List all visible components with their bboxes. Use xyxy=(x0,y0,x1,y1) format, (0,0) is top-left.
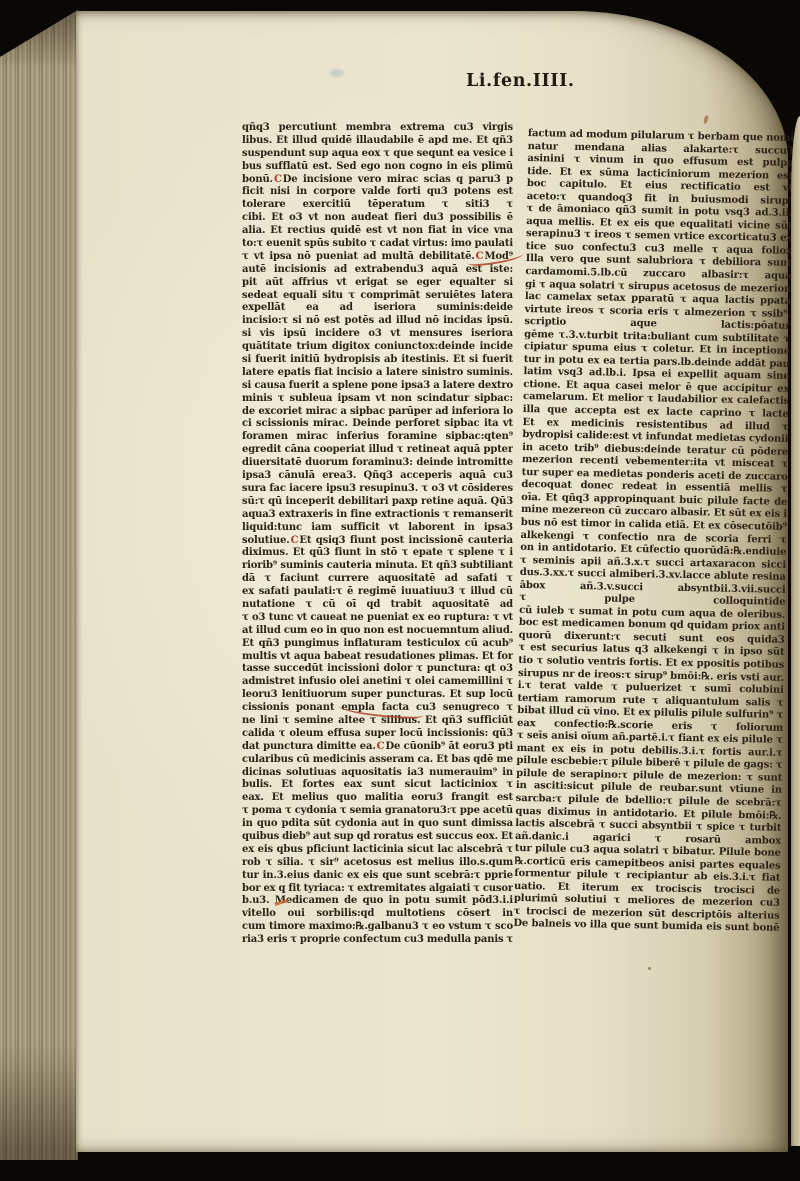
text-line: pit aūt affrius vt erigat se eger equalt… xyxy=(242,277,513,290)
text-line: liquid:tunc iam sufficit vt laborent in … xyxy=(242,522,513,535)
text-line: egredit cāna cooperiat illud τ retineat … xyxy=(242,444,513,457)
text-line: alia. Et rectius quidē est vt non fiat i… xyxy=(242,225,513,238)
foxing-spot xyxy=(703,115,709,125)
text-line: cibi. Et o3 vt non audeat fieri du3 poss… xyxy=(242,212,513,225)
text-line: cum timore maximo:℞.galbanu3 τ eo vstum … xyxy=(242,921,513,934)
text-line: latere epatis fiat incisio a latere sini… xyxy=(242,367,513,380)
text-line: si fuerit initiū bydropisis ab itestinis… xyxy=(242,354,513,367)
text-line: tur in.3.eius danic ex eis que sunt sceb… xyxy=(242,870,513,883)
book-page: Li.fen.IIII. qñq3 percutiunt membra extr… xyxy=(76,11,788,1152)
text-line: si vis ipsū incidere o3 vt mensures iser… xyxy=(242,328,513,341)
text-line: ria3 eris τ proprie confectum cu3 medull… xyxy=(242,934,513,947)
text-line: diximus. Et qū3 fiunt in stō τ epate τ s… xyxy=(242,547,513,560)
text-line: bor ex q fit tyriaca: τ extremitates alg… xyxy=(242,883,513,896)
text-line: bus sufflatū est. Sed ego non cogno in e… xyxy=(242,161,513,174)
running-title: Li.fen.IIII. xyxy=(466,71,636,91)
text-line: dicinas solutiuas aquositatis ia3 numera… xyxy=(242,767,513,780)
text-line: autē incisionis ad extrabendu3 aquā est … xyxy=(242,264,513,277)
text-line: sedeat equali situ τ comprimāt seruiētes… xyxy=(242,290,513,303)
text-line: bonū.CDe incisione vero mirac scias q pa… xyxy=(242,174,513,187)
text-column-right: factum ad modum pilularum τ berbam que n… xyxy=(513,128,794,936)
text-line: cularibus cū medicinis asseram ca. Et ba… xyxy=(242,754,513,767)
foxing-spot xyxy=(657,287,661,291)
text-line: sura fac iacere ipsu3 resupinu3. τ o3 vt… xyxy=(242,483,513,496)
text-line: dat punctura dimitte ea.CDe cūonib⁹ āt e… xyxy=(242,741,513,754)
text-line: suspendunt sup aqua eox τ que sequnt ea … xyxy=(242,148,513,161)
rubric-capitulum: C xyxy=(376,741,386,752)
text-line: τ poma τ cydonia τ semia granatoru3:τ pp… xyxy=(242,805,513,818)
text-line: eax. Et melius quo malitia eoru3 frangit… xyxy=(242,792,513,805)
text-line: admistret infusio olei anetini τ olei ca… xyxy=(242,676,513,689)
text-line: riorib⁹ suminis cauteria minuta. Et qñ3 … xyxy=(242,560,513,573)
text-line: diuersitatē duorum foraminu3: deinde int… xyxy=(242,457,513,470)
text-line: Et qñ3 pungimus inflaturam testiculox cū… xyxy=(242,638,513,651)
text-column-left: qñq3 percutiunt membra extrema cu3 virgi… xyxy=(242,122,513,947)
text-line: ipsa3 cānulā erea3. Qñq3 acceperis aquā … xyxy=(242,470,513,483)
text-line: solutiue.CEt qsiq3 fiunt post incissionē… xyxy=(242,535,513,548)
text-line: to:τ euenit spūs subito τ cadat virtus: … xyxy=(242,238,513,251)
text-line: in quo pdita sūt cydonia aut in quo sunt… xyxy=(242,818,513,831)
text-line: aqua3 extraxeris in fine extractionis τ … xyxy=(242,509,513,522)
text-line: bulis. Et fortes eax sunt sicut lacticin… xyxy=(242,779,513,792)
underlying-page-edge xyxy=(791,116,800,1146)
text-line: quibus dieb⁹ aut sup qd roratus est succ… xyxy=(242,831,513,844)
text-line: vitello oui sorbilis:qd multotiens cōser… xyxy=(242,908,513,921)
rubric-capitulum: C xyxy=(290,535,300,546)
photo-of-incunabulum: { "book": { "header": "Li.fen.IIII.", "i… xyxy=(0,0,800,1181)
text-line: ex safati paulati:τ ē regimē iuuatiuu3 τ… xyxy=(242,586,513,599)
text-line: de excoriet mirac a sipbac parūper ad in… xyxy=(242,406,513,419)
text-line: qñq3 percutiunt membra extrema cu3 virgi… xyxy=(242,122,513,135)
text-line: si causa fuerit a splene pone ipsa3 a la… xyxy=(242,380,513,393)
text-line: at illud cum eo in quo non est nocuemntu… xyxy=(242,625,513,638)
text-line: leoru3 lenitiuorum super puncturas. Et s… xyxy=(242,689,513,702)
text-line: ne lini τ semine altee τ silibus. Et qñ3… xyxy=(242,715,513,728)
text-line: sū:τ qū inceperit debilitari paxp retine… xyxy=(242,496,513,509)
text-line: nutatione τ cū oī qd trabit aquositatē a… xyxy=(242,599,513,612)
text-line: ficit nisi in corpore valde forti qu3 po… xyxy=(242,186,513,199)
text-line: multis vt aqua babeat resudationes plima… xyxy=(242,651,513,664)
text-line: quātitate trium digitox coniunctox:deind… xyxy=(242,341,513,354)
text-line: ex eis qbus pficiunt lacticinia sicut la… xyxy=(242,844,513,857)
text-line: tasse succedūt incissioni dolor τ punctu… xyxy=(242,663,513,676)
rubric-capitulum: C xyxy=(273,174,283,185)
text-line: libus. Et illud quidē illaudabile ē apd … xyxy=(242,135,513,148)
text-line: incisio:τ si nō est potēs ad illud nō in… xyxy=(242,315,513,328)
text-line: rob τ silia. τ sir⁹ acetosus est melius … xyxy=(242,857,513,870)
book-fore-edge xyxy=(0,0,78,1160)
foxing-spot xyxy=(648,967,651,970)
text-line: dā τ faciunt currere aquositatē ad safat… xyxy=(242,573,513,586)
text-line: calida τ oleum effusa super locū incissi… xyxy=(242,728,513,741)
text-line: τ o3 tunc vt caueat ne pueniat ex eo rup… xyxy=(242,612,513,625)
text-line: foramen mirac inferius foramine sipbac:q… xyxy=(242,431,513,444)
text-line: expellāt ea ad iseriora suminis:deide ad… xyxy=(242,302,513,315)
ink-smudge xyxy=(330,69,344,77)
text-line: minis τ subleua ipsam vt non scindatur s… xyxy=(242,393,513,406)
text-line: tolerare exercitiū tēperatum τ siti3 τ m… xyxy=(242,199,513,212)
text-line: ci scissionis mirac. Deinde perforet sip… xyxy=(242,418,513,431)
